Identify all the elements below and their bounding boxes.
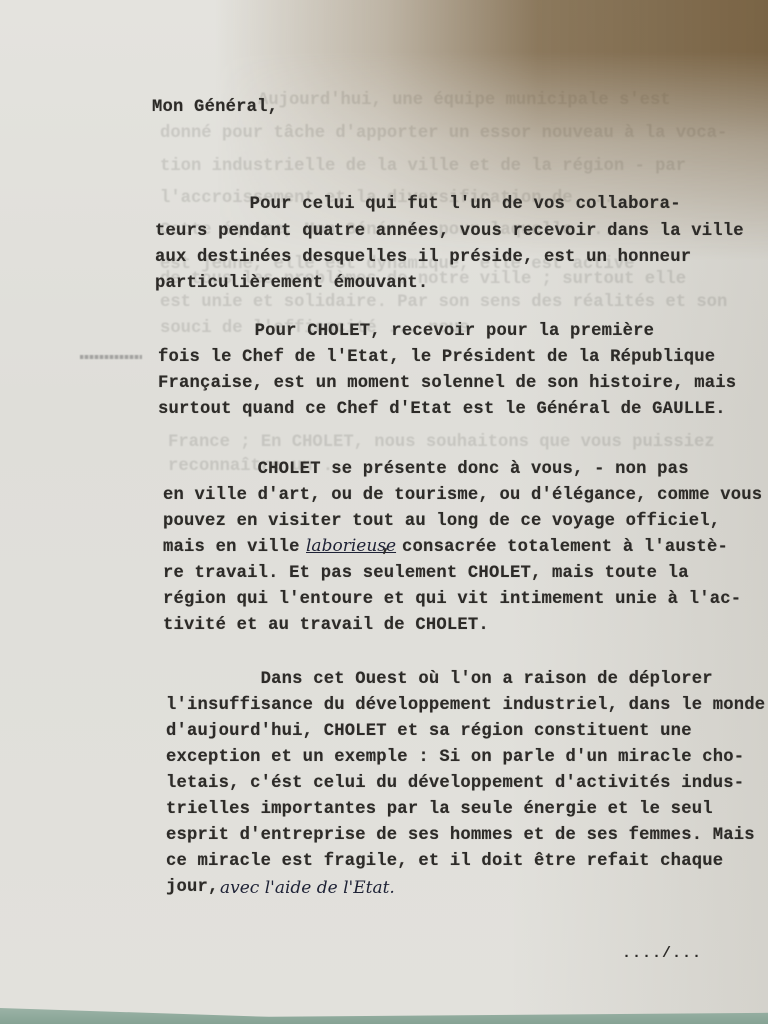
continuation-mark: ..../... xyxy=(622,945,702,962)
paragraph-line: trielles importantes par la seule énergi… xyxy=(166,801,713,818)
paragraph-line: pouvez en visiter tout au long de ce voy… xyxy=(163,513,720,530)
paragraph-line: d'aujourd'hui, CHOLET et sa région const… xyxy=(166,723,692,740)
show-through-line: donné pour tâche d'apporter un essor nou… xyxy=(160,125,727,142)
paragraph-line: particulièrement émouvant. xyxy=(155,275,428,292)
paragraph-line: aux destinées desquelles il préside, est… xyxy=(155,249,691,266)
show-through-line: est unie et solidaire. Par son sens des … xyxy=(160,294,727,311)
handwritten-addition: avec l'aide de l'Etat. xyxy=(220,880,395,897)
paragraph-line: teurs pendant quatre années, vous recevo… xyxy=(155,223,744,240)
paragraph-line: letais, c'ést celui du développement d'a… xyxy=(166,775,744,792)
paragraph-line: l'insuffisance du développement industri… xyxy=(166,697,765,714)
paragraph-line: Pour CHOLET, recevoir pour la première xyxy=(160,323,654,340)
paragraph-line: CHOLET se présente donc à vous, - non pa… xyxy=(163,461,689,478)
paragraph-line: , consacrée totalement à l'austè- xyxy=(381,539,728,556)
paragraph-line: mais en ville xyxy=(163,539,310,556)
paragraph-line: tivité et au travail de CHOLET. xyxy=(163,617,489,634)
paragraph-line: Française, est un moment solennel de son… xyxy=(158,375,736,392)
paragraph-line: ce miracle est fragile, et il doit être … xyxy=(166,853,723,870)
paragraph-line: région qui l'entoure et qui vit intimeme… xyxy=(163,591,741,608)
background-surface xyxy=(0,1008,768,1024)
paragraph-line: exception et un exemple : Si on parle d'… xyxy=(166,749,744,766)
salutation: Mon Général, xyxy=(152,99,278,116)
paragraph-line: esprit d'entreprise de ses hommes et de … xyxy=(166,827,755,844)
paragraph-line: re travail. Et pas seulement CHOLET, mai… xyxy=(163,565,689,582)
show-through-line: tion industrielle de la ville et de la r… xyxy=(160,158,686,175)
paragraph-line: Pour celui qui fut l'un de vos collabora… xyxy=(155,196,681,213)
show-through-line: France ; En CHOLET, nous souhaitons que … xyxy=(168,434,715,451)
letter-page: Aujourd'hui, une équipe municipale s'est… xyxy=(0,0,768,1024)
paragraph-line: en ville d'art, ou de tourisme, ou d'élé… xyxy=(163,487,762,504)
paragraph-line: fois le Chef de l'Etat, le Président de … xyxy=(158,349,715,366)
paragraph-line: surtout quand ce Chef d'Etat est le Géné… xyxy=(158,401,726,418)
show-through-line: Aujourd'hui, une équipe municipale s'est xyxy=(258,92,671,109)
paragraph-line: Dans cet Ouest où l'on a raison de déplo… xyxy=(166,671,713,688)
paragraph-line: jour, xyxy=(166,879,219,896)
margin-mark xyxy=(80,355,142,359)
